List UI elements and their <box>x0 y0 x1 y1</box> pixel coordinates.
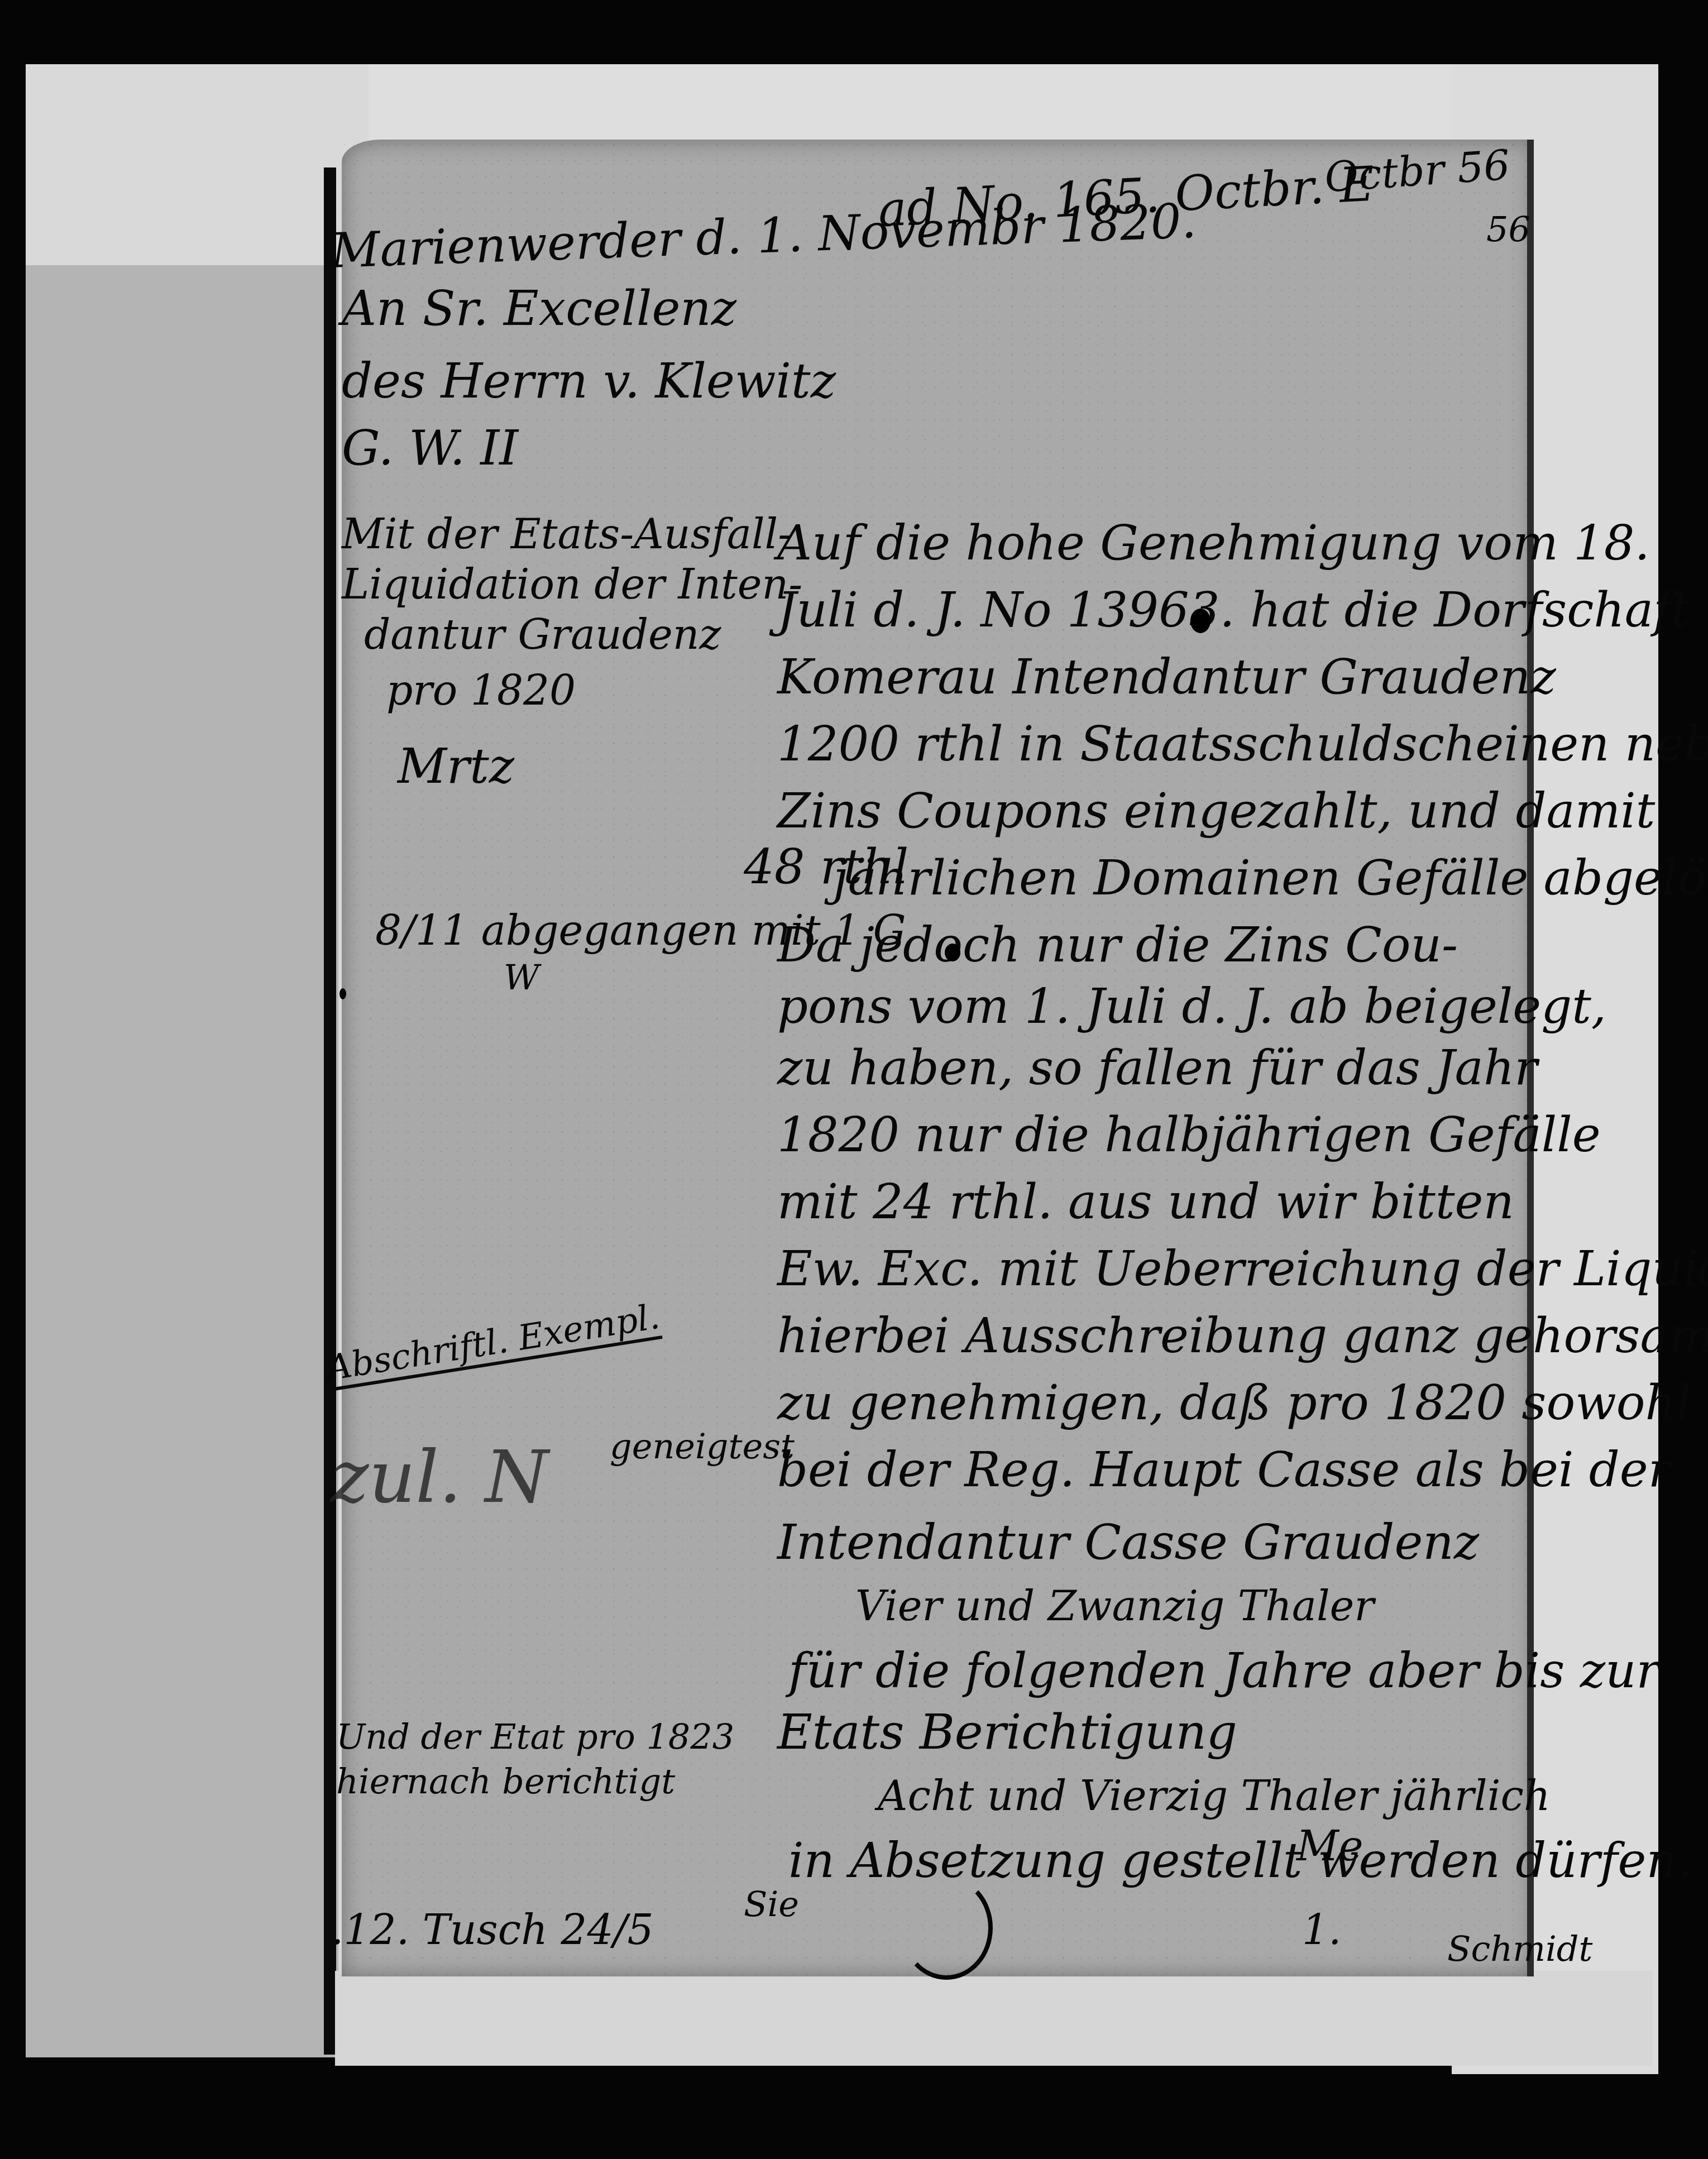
body-line: in Absetzung gestellt werden dürfen. <box>788 1837 1692 1885</box>
body-line-amount-words: Acht und Vierzig Thaler jährlich <box>878 1775 1551 1817</box>
body-line: mit 24 rthl. aus und wir bitten <box>777 1178 1514 1226</box>
body-line: Komerau Intendantur Graudenz <box>777 653 1556 701</box>
archive-mark: Octbr 56 <box>1323 145 1511 199</box>
folio-number: 56 <box>1486 212 1530 247</box>
body-line: Da jedoch nur die Zins Cou- <box>777 921 1458 969</box>
closing-mark: Me <box>1296 1826 1363 1867</box>
body-line-amount-words: Vier und Zwanzig Thaler <box>855 1586 1374 1627</box>
body-line: zu genehmigen, daß pro 1820 sowohl <box>777 1379 1692 1427</box>
binding-strip <box>324 167 336 2055</box>
body-line: Juli d. J. No 13963. hat die Dorfschaft <box>777 586 1690 634</box>
body-line: 1200 rthl in Staatsschuldscheinen nebst <box>777 720 1708 768</box>
body-line: Etats Berichtigung <box>777 1708 1237 1756</box>
body-line: Ew. Exc. mit Ueberreichung der Liquidati… <box>777 1245 1708 1293</box>
body-line: Intendantur Casse Graudenz <box>777 1519 1479 1567</box>
paragraph-flourish <box>900 1876 993 1980</box>
ink-blot <box>945 944 960 961</box>
address-line-2: des Herrn v. Klewitz <box>342 357 836 405</box>
body-line: jährlichen Domainen Gefälle abgelöst. <box>833 854 1708 902</box>
dispatch-note-sub: W <box>504 960 539 995</box>
body-line: hierbei Ausschreibung ganz gehorsamst, <box>777 1312 1708 1360</box>
subject-line-2: Liquidation der Inten- <box>342 564 802 605</box>
address-line-1: An Sr. Excellenz <box>342 285 736 333</box>
body-line: Zins Coupons eingezahlt, und damit <box>777 787 1655 835</box>
body-line: zu haben, so fallen für das Jahr <box>777 1044 1537 1092</box>
subject-line-4: pro 1820 <box>386 670 576 711</box>
body-line: Auf die hohe Genehmigung vom 18. <box>777 519 1650 567</box>
etat-note-line-2: hiernach berichtigt <box>336 1764 675 1799</box>
closing-left: Sie <box>744 1887 799 1922</box>
ink-blot <box>339 988 346 999</box>
closing-number: 1. <box>1302 1909 1342 1951</box>
initials-mark: Mrtz <box>398 743 514 791</box>
address-line-3: G. W. II <box>342 424 518 472</box>
body-line: für die folgenden Jahre aber bis zur <box>788 1647 1659 1695</box>
signature: Schmidt <box>1447 1932 1592 1966</box>
body-line: pons vom 1. Juli d. J. ab beigelegt, <box>777 983 1606 1031</box>
pencil-mark: zul. N <box>331 1440 548 1513</box>
ink-blot <box>1190 609 1211 633</box>
body-line: 1820 nur die halbjährigen Gefälle <box>777 1111 1601 1159</box>
body-line: bei der Reg. Haupt Casse als bei der <box>777 1446 1671 1494</box>
bottom-left-note: .12. Tusch 24/5 <box>331 1909 654 1951</box>
word-geneigtest: geneigtest <box>610 1429 795 1464</box>
subject-line-1: Mit der Etats-Ausfall- <box>342 514 792 555</box>
letter-page: Marienwerder d. 1. Novembr 1820. ad No. … <box>342 140 1534 1976</box>
subject-line-3: dantur Graudenz <box>364 614 721 655</box>
archive-mount-bottom <box>335 1971 1653 2066</box>
etat-note-line-1: Und der Etat pro 1823 <box>336 1720 734 1754</box>
previous-folio-edge <box>26 265 338 2057</box>
